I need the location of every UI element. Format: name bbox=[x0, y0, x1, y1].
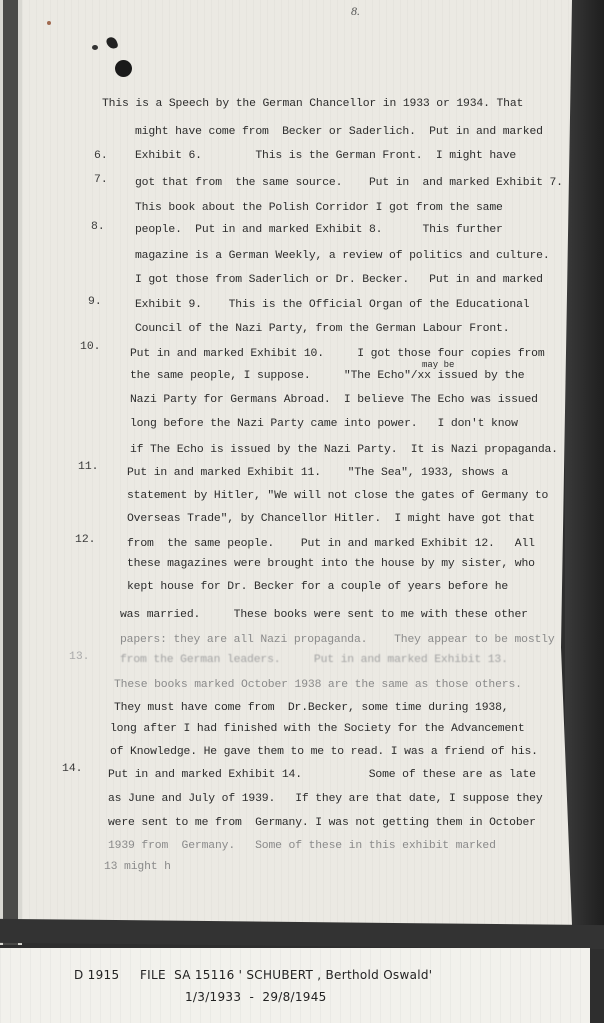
archive-file-label: D 1915 FILE SA 15116 ' SCHUBERT , Bertho… bbox=[0, 948, 590, 1023]
typed-line: the same people, I suppose. "The Echo"/x… bbox=[130, 369, 524, 383]
typed-line: This is a Speech by the German Chancello… bbox=[102, 97, 523, 111]
handwritten-insert: may be bbox=[422, 360, 454, 370]
file-date-range: 1/3/1933 - 29/8/1945 bbox=[185, 990, 327, 1004]
typed-line: magazine is a German Weekly, a review of… bbox=[135, 249, 550, 263]
exhibit-number: 12. bbox=[75, 533, 96, 547]
typed-document-page: 8. This is a Speech by the German Chance… bbox=[22, 0, 572, 925]
typed-line: of Knowledge. He gave them to me to read… bbox=[110, 745, 538, 759]
exhibit-number: 9. bbox=[88, 295, 102, 309]
typed-line: were sent to me from Germany. I was not … bbox=[108, 816, 536, 830]
typed-line: statement by Hitler, "We will not close … bbox=[127, 489, 548, 503]
typed-line: Exhibit 6. This is the German Front. I m… bbox=[135, 149, 516, 163]
file-reference: D 1915 FILE SA 15116 ' SCHUBERT , Bertho… bbox=[74, 968, 432, 982]
typed-line: these magazines were brought into the ho… bbox=[127, 557, 535, 571]
exhibit-number: 7. bbox=[94, 173, 108, 187]
typed-line: Put in and marked Exhibit 11. "The Sea",… bbox=[127, 466, 508, 480]
typed-line: I got those from Saderlich or Dr. Becker… bbox=[135, 273, 543, 287]
typed-line: 13 might h bbox=[104, 860, 171, 874]
typed-line: Overseas Trade", by Chancellor Hitler. I… bbox=[127, 512, 535, 526]
rust-stain bbox=[47, 21, 51, 25]
typed-line: might have come from Becker or Saderlich… bbox=[135, 125, 543, 139]
exhibit-number: 14. bbox=[62, 762, 83, 776]
exhibit-number: 6. bbox=[94, 149, 108, 163]
exhibit-number: 10. bbox=[80, 340, 101, 354]
typed-line: Exhibit 9. This is the Official Organ of… bbox=[135, 298, 529, 312]
typed-line: got that from the same source. Put in an… bbox=[135, 176, 563, 190]
scan-shadow-band bbox=[0, 919, 604, 949]
typed-line: Put in and marked Exhibit 10. I got thos… bbox=[130, 347, 545, 361]
typed-line: They must have come from Dr.Becker, some… bbox=[114, 701, 508, 715]
exhibit-number: 8. bbox=[91, 220, 105, 234]
exhibit-number: 13. bbox=[69, 650, 90, 664]
punch-hole bbox=[115, 60, 132, 77]
typed-line: papers: they are all Nazi propaganda. Th… bbox=[120, 633, 555, 647]
ink-blot bbox=[105, 36, 119, 51]
ink-blot bbox=[92, 45, 98, 50]
exhibit-number: 11. bbox=[78, 460, 99, 474]
typed-line: long before the Nazi Party came into pow… bbox=[130, 417, 518, 431]
scan-background-right bbox=[565, 0, 604, 945]
typed-line: was married. These books were sent to me… bbox=[120, 608, 528, 622]
typed-line: 1939 from Germany. Some of these in this… bbox=[108, 839, 496, 853]
page-number: 8. bbox=[351, 4, 360, 19]
typed-line: kept house for Dr. Becker for a couple o… bbox=[127, 580, 508, 594]
typed-line: Nazi Party for Germans Abroad. I believe… bbox=[130, 393, 538, 407]
typed-line: if The Echo is issued by the Nazi Party.… bbox=[130, 443, 558, 457]
typed-line: from the same people. Put in and marked … bbox=[127, 537, 535, 551]
typed-line: Council of the Nazi Party, from the Germ… bbox=[135, 322, 509, 336]
typed-line: This book about the Polish Corridor I go… bbox=[135, 201, 503, 215]
typed-line: as June and July of 1939. If they are th… bbox=[108, 792, 543, 806]
typed-line: from the German leaders. Put in and mark… bbox=[120, 653, 508, 667]
typed-line: These books marked October 1938 are the … bbox=[114, 678, 522, 692]
typed-line: people. Put in and marked Exhibit 8. Thi… bbox=[135, 223, 503, 237]
typed-line: long after I had finished with the Socie… bbox=[110, 722, 525, 736]
scan-binding-edge bbox=[0, 0, 22, 945]
typed-line: Put in and marked Exhibit 14. Some of th… bbox=[108, 768, 536, 782]
